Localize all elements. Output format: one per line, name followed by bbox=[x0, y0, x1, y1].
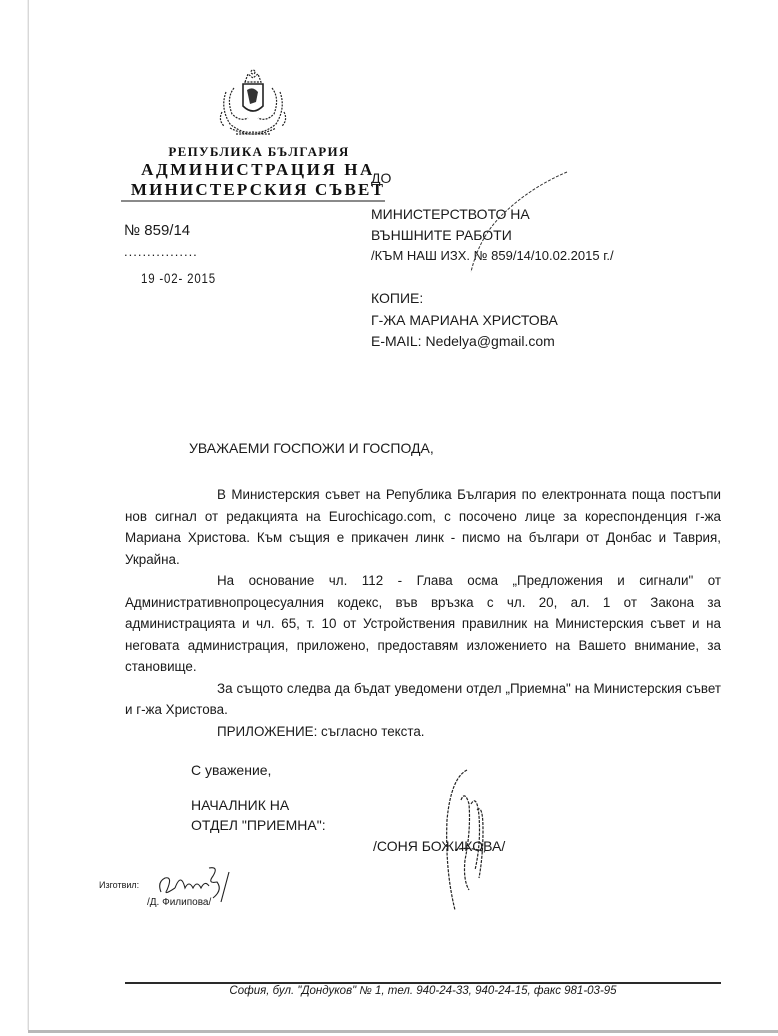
reference-date-stamp: 19 -02- 2015 bbox=[141, 270, 216, 286]
copy-label: КОПИЕ: bbox=[371, 290, 423, 306]
copy-email: E-MAIL: Nedelya@gmail.com bbox=[371, 333, 555, 349]
closing-title-line-1: НАЧАЛНИК НА bbox=[191, 797, 289, 813]
letterhead-line-2: АДМИНИСТРАЦИЯ НА bbox=[119, 160, 397, 180]
handwritten-stroke-icon bbox=[429, 168, 569, 278]
signature-icon bbox=[425, 760, 505, 920]
closing-regards: С уважение, bbox=[191, 762, 271, 778]
document-page: РЕПУБЛИКА БЪЛГАРИЯ АДМИНИСТРАЦИЯ НА МИНИ… bbox=[28, 0, 778, 1030]
reference-dots: ................ bbox=[124, 244, 198, 259]
salutation: УВАЖАЕМИ ГОСПОЖИ И ГОСПОДА, bbox=[189, 440, 434, 456]
letterhead-line-3: МИНИСТЕРСКИЯ СЪВЕТ bbox=[119, 180, 397, 200]
coat-of-arms-icon bbox=[212, 68, 294, 144]
recipient-to-label: ДО bbox=[371, 170, 391, 186]
footer-address: София, бул. "Дондуков" № 1, тел. 940-24-… bbox=[125, 985, 721, 997]
closing-title-line-2: ОТДЕЛ "ПРИЕМНА": bbox=[191, 817, 326, 833]
initials-signature-icon bbox=[153, 862, 243, 908]
letterhead-divider bbox=[121, 200, 385, 202]
copy-name: Г-ЖА МАРИАНА ХРИСТОВА bbox=[371, 312, 558, 328]
letterhead-line-1: РЕПУБЛИКА БЪЛГАРИЯ bbox=[149, 144, 369, 160]
letter-body: В Министерския съвет на Република Българ… bbox=[125, 484, 721, 742]
paragraph-1: В Министерския съвет на Република Българ… bbox=[125, 484, 721, 570]
paragraph-2: На основание чл. 112 - Глава осма „Предл… bbox=[125, 570, 721, 678]
footer-divider bbox=[125, 982, 721, 984]
paragraph-attachment: ПРИЛОЖЕНИЕ: съгласно текста. bbox=[125, 721, 721, 743]
reference-number: № 859/14 bbox=[124, 222, 190, 239]
paragraph-3: За същото следва да бъдат уведомени отде… bbox=[125, 678, 721, 721]
prepared-by-label: Изготвил: bbox=[99, 880, 139, 890]
